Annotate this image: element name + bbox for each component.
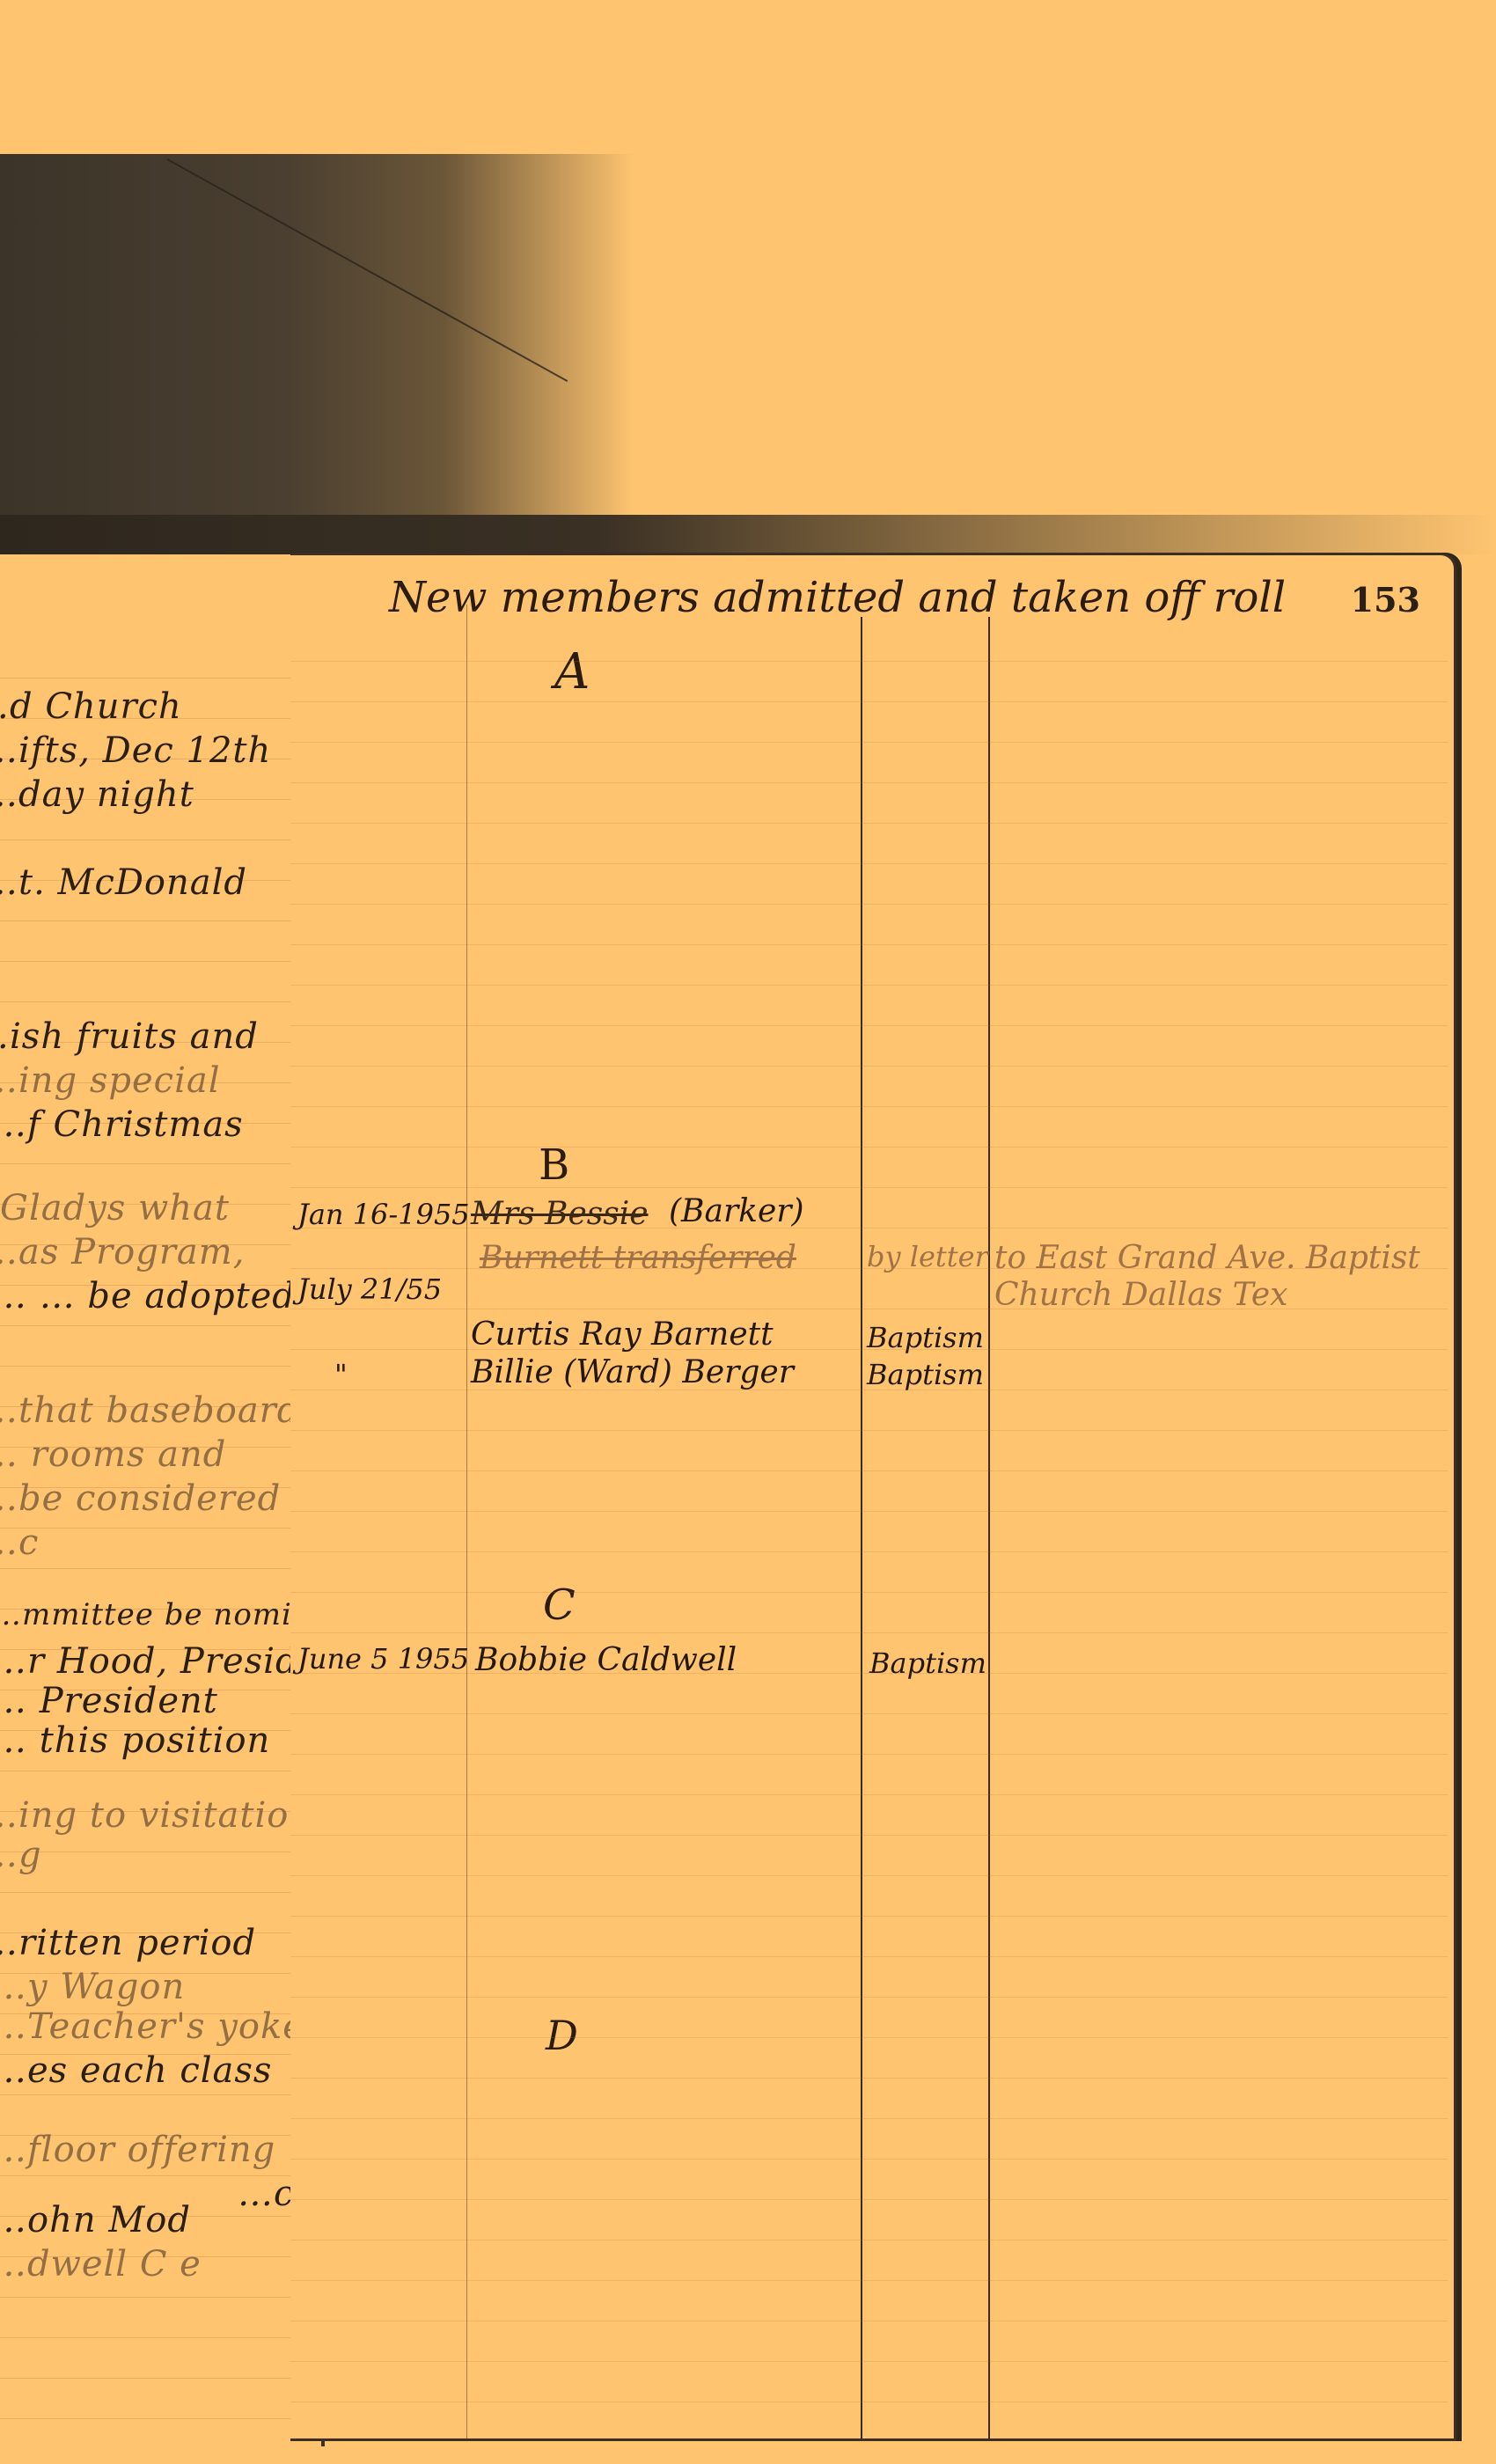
ruled-line	[0, 2418, 321, 2419]
ruled-line	[290, 1349, 1448, 1350]
ruled-line	[290, 1875, 1448, 1876]
ruled-line	[290, 1997, 1448, 1998]
page-heading: New members admitted and taken off roll	[389, 573, 1286, 622]
ruled-line	[0, 2337, 321, 2338]
ruled-line	[0, 1568, 321, 1569]
left-line: …that baseboard	[0, 1390, 300, 1431]
ruled-line	[290, 1430, 1448, 1431]
entry-date: July 21/55	[297, 1272, 442, 1306]
entry-remarks: to East Grand Ave. Baptist Church Dallas…	[994, 1240, 1452, 1314]
ruled-line	[290, 1309, 1448, 1309]
ruled-line	[0, 2378, 321, 2379]
left-line: …t. McDonald	[0, 862, 247, 903]
ruled-line	[290, 863, 1448, 864]
left-line: …ing to visitation	[0, 1795, 312, 1836]
left-page: …d Church …ifts, Dec 12th …day night …t.…	[0, 554, 325, 2446]
ruled-line	[290, 823, 1448, 824]
ruled-line	[0, 2094, 321, 2095]
ruled-line	[0, 1366, 321, 1367]
ruled-line	[290, 1147, 1448, 1148]
left-line: …ifts, Dec 12th	[0, 730, 271, 771]
left-line: …floor offering	[0, 2130, 275, 2170]
ruled-line	[0, 1001, 321, 1002]
left-line: …c	[238, 2174, 294, 2214]
ruled-line	[290, 2361, 1448, 2362]
ruled-line	[290, 2402, 1448, 2402]
left-line: …be considered	[0, 1478, 281, 1519]
left-line: …Teacher's yoke	[0, 2006, 304, 2047]
column-divider-how	[988, 617, 990, 2438]
ruled-line	[0, 1852, 321, 1852]
ruled-line	[0, 920, 321, 921]
ruled-line	[290, 2037, 1448, 2038]
ruled-line	[290, 1592, 1448, 1593]
entry-name: Curtis Ray Barnett	[471, 1316, 774, 1353]
ruled-line	[290, 1956, 1448, 1957]
left-line: … rooms and	[0, 1434, 226, 1475]
entry-name-struck-line2: Burnett transferred	[480, 1240, 796, 1276]
entry-name: (Barker)	[669, 1193, 804, 1229]
ruled-line	[290, 1632, 1448, 1633]
left-line: …c	[0, 1522, 39, 1563]
section-letter-a: A	[554, 643, 590, 700]
ruled-line	[290, 1673, 1448, 1674]
ruled-line	[290, 985, 1448, 986]
ruled-line	[0, 2297, 321, 2298]
left-line: …ritten period	[0, 1923, 256, 1963]
left-line: … President	[0, 1681, 218, 1721]
left-line: Gladys what	[0, 1188, 230, 1228]
entry-date: June 5 1955	[297, 1642, 469, 1676]
left-line: …g	[0, 1835, 42, 1875]
left-line: … … be adopted	[0, 1276, 296, 1316]
ruled-line	[0, 961, 321, 962]
column-divider-date	[466, 605, 467, 2438]
ruled-line	[290, 1268, 1448, 1269]
ruled-line	[290, 2280, 1448, 2281]
page-number: 153	[1351, 580, 1420, 620]
ruled-line	[290, 944, 1448, 945]
page-edge-shadow	[0, 515, 1496, 554]
entry-how: Baptism	[869, 1646, 986, 1680]
section-letter-b: B	[539, 1140, 569, 1190]
entry-date: Jan 16-1955	[297, 1198, 470, 1231]
section-letter-c: C	[543, 1580, 576, 1630]
ruled-line	[290, 1551, 1448, 1552]
photocopy-shadow	[0, 154, 634, 554]
ruled-line	[290, 1187, 1448, 1188]
ruled-line	[290, 1106, 1448, 1107]
entry-name: Billie (Ward) Berger	[471, 1354, 794, 1390]
left-line: …ish fruits and	[0, 1016, 259, 1057]
left-line: …as Program,	[0, 1232, 245, 1272]
ruled-line	[290, 1390, 1448, 1390]
left-line: …d Church	[0, 686, 182, 727]
ruled-line	[290, 661, 1448, 662]
left-line: …ing special	[0, 1060, 221, 1101]
left-line: …f Christmas	[0, 1104, 244, 1145]
ruled-line	[290, 2321, 1448, 2321]
ruled-line	[290, 2240, 1448, 2240]
entry-name-struck: Mrs Bessie	[471, 1196, 649, 1232]
ruled-line	[290, 701, 1448, 702]
ledger-page: New members admitted and taken off roll …	[290, 553, 1456, 2441]
ruled-line	[0, 1528, 321, 1529]
left-line: …y Wagon	[0, 1967, 185, 2007]
entry-how: Baptism	[867, 1358, 984, 1391]
ruled-line	[0, 1892, 321, 1893]
ruled-line	[290, 2078, 1448, 2079]
ruled-line	[290, 1025, 1448, 1026]
column-divider-name	[861, 617, 862, 2438]
ruled-line	[290, 2159, 1448, 2160]
ruled-line	[290, 1754, 1448, 1755]
ruled-line	[290, 1511, 1448, 1512]
ruled-line	[290, 904, 1448, 905]
ruled-line	[290, 742, 1448, 743]
ruled-line	[290, 1470, 1448, 1471]
entry-date-ditto: "	[334, 1358, 348, 1391]
ruled-line	[290, 782, 1448, 783]
left-line: …day night	[0, 774, 194, 815]
ruled-line	[290, 1713, 1448, 1714]
ruled-line	[290, 1228, 1448, 1228]
ruled-line	[290, 1794, 1448, 1795]
ruled-line	[290, 1916, 1448, 1917]
ruled-line	[290, 2199, 1448, 2200]
ruled-line	[290, 2118, 1448, 2119]
ruled-line	[290, 1835, 1448, 1836]
ruled-line	[0, 1163, 321, 1164]
ruled-line	[0, 1771, 321, 1771]
left-line: …es each class	[0, 2050, 272, 2091]
ruled-line	[0, 1325, 321, 1326]
ruled-line	[290, 1066, 1448, 1067]
ruled-line	[0, 678, 321, 678]
ruled-line	[0, 840, 321, 840]
left-line: … this position	[0, 1720, 270, 1761]
section-letter-d: D	[546, 2012, 578, 2059]
left-line: …ohn Mod	[0, 2200, 191, 2240]
left-line: …dwell C e	[0, 2244, 202, 2284]
